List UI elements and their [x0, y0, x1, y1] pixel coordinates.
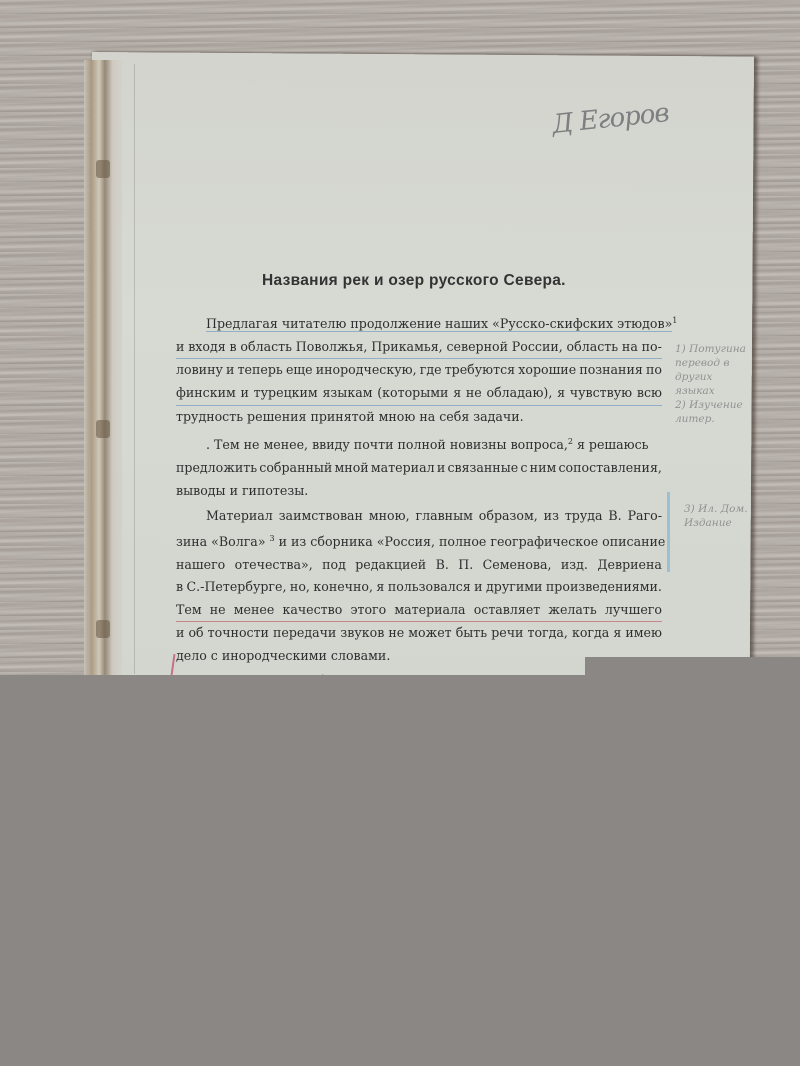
text-line: выводы и гипотезы. — [176, 480, 662, 503]
redaction-block — [0, 675, 800, 1066]
text-line: предложитьсобранныймнойматериалисвязанны… — [176, 457, 662, 480]
text-line-content: зина «Волга» 3 и из сборника «Россия, по… — [176, 528, 665, 554]
text-span: я решаюсь — [573, 437, 649, 452]
margin-note: 3) Ил. Дом. Издание — [684, 502, 748, 530]
redaction-block — [585, 657, 800, 677]
text-line: иобточностипередачизвуковнеможетбытьречи… — [176, 622, 662, 645]
text-line: Темнеменеекачествоэтогоматериалаоставляе… — [176, 599, 662, 623]
text-span: Предлагая читателю продолжение наших «Ру… — [206, 316, 672, 332]
spine-stitch — [96, 620, 110, 638]
text-span: зина «Волга» — [176, 534, 266, 549]
text-line-content: Предлагая читателю продолжение наших «Ру… — [206, 310, 677, 336]
page-fold-line — [134, 64, 135, 674]
text-line: зина «Волга» 3 и из сборника «Россия, по… — [176, 528, 662, 554]
text-line: финскимитурецкимязыкам(которымиянеоблада… — [176, 382, 662, 406]
blue-pencil-mark — [667, 492, 670, 572]
bound-spine — [84, 60, 122, 680]
margin-note: 1) Потугина перевод в других языках 2) И… — [675, 342, 746, 426]
body-text: Предлагая читателю продолжение наших «Ру… — [176, 310, 662, 693]
text-span: . Тем не менее, ввиду почти полной новиз… — [206, 437, 568, 452]
text-line: ивходявобластьПоволжья,Прикамья,северной… — [176, 336, 662, 360]
text-line: трудность решения принятой мною на себя … — [176, 406, 662, 429]
text-span: и из сборника «Россия, полное географиче… — [275, 534, 666, 549]
text-line: Предлагая читателю продолжение наших «Ру… — [176, 310, 662, 336]
text-line: Материалзаимствованмною,главнымобразом,и… — [176, 505, 662, 528]
text-line: . Тем не менее, ввиду почти полной новиз… — [176, 431, 662, 457]
spine-stitch — [96, 420, 110, 438]
spine-stitch — [96, 160, 110, 178]
text-line-content: . Тем не менее, ввиду почти полной новиз… — [206, 431, 649, 457]
text-line: нашегоотечества»,подредакциейВ.П.Семенов… — [176, 554, 662, 577]
text-line: вС.-Петербурге,но,конечно,япользовалсяид… — [176, 576, 662, 599]
footnote-marker: 1 — [672, 316, 677, 325]
text-line: ловинуитеперьещеинородческую,гдетребуютс… — [176, 359, 662, 382]
page-title: Названия рек и озер русского Севера. — [262, 272, 566, 290]
